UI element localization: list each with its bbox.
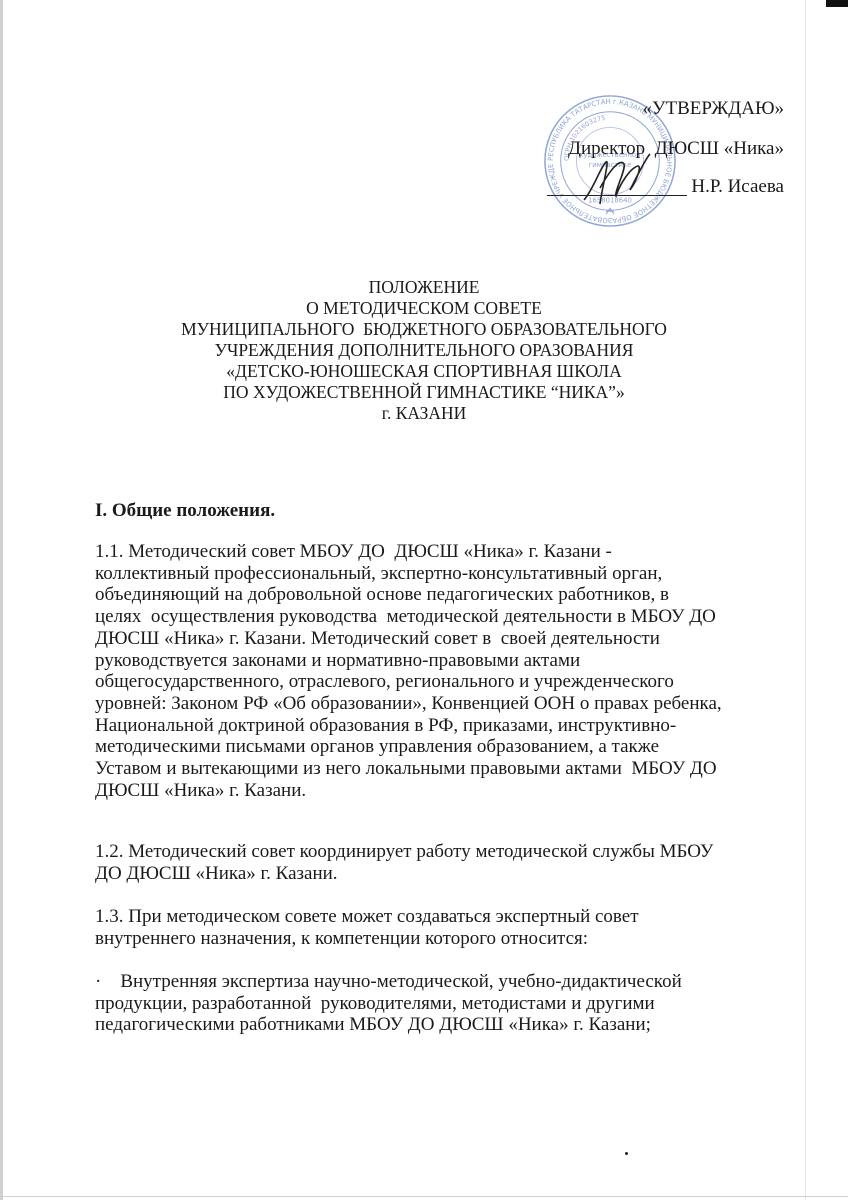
title-line: «ДЕТСКО-ЮНОШЕСКАЯ СПОРТИВНАЯ ШКОЛА (0, 361, 848, 382)
text-line: внутреннего назначения, к компетенции ко… (95, 928, 639, 950)
text-line: коллективный профессиональный, экспертно… (95, 563, 722, 585)
scan-edge-bottom (0, 1196, 848, 1197)
paragraph-1-1: 1.1. Методический совет МБОУ ДО ДЮСШ «Ни… (95, 541, 722, 801)
text-line: продукции, разработанной руководителями,… (95, 993, 682, 1015)
text-line: методическими письмами органов управлени… (95, 736, 722, 758)
signature-line (547, 177, 687, 196)
text-line: руководствуется законами и нормативно-пр… (95, 650, 722, 672)
scan-edge-left (0, 0, 3, 1200)
text-line: Национальной доктриной образования в РФ,… (95, 715, 722, 737)
title-line: ПО ХУДОЖЕСТВЕННОЙ ГИМНАСТИКЕ “НИКА”» (0, 382, 848, 403)
text-line: общегосударственного, отраслевого, регио… (95, 671, 722, 693)
scan-fold-line (805, 0, 806, 1200)
approval-label: «УТВЕРЖДАЮ» (547, 86, 784, 118)
section-heading: I. Общие положения. (95, 500, 275, 522)
approval-block: «УТВЕРЖДАЮ» Директор ДЮСШ «Ника» Н.Р. Ис… (547, 86, 784, 196)
approval-signatory: Н.Р. Исаева (691, 177, 784, 196)
paragraph-1-3: 1.3. При методическом совете может созда… (95, 906, 639, 949)
bullet-item: · Внутренняя экспертиза научно-методичес… (95, 971, 682, 1036)
title-line: О МЕТОДИЧЕСКОМ СОВЕТЕ (0, 298, 848, 319)
title-line: МУНИЦИПАЛЬНОГО БЮДЖЕТНОГО ОБРАЗОВАТЕЛЬНО… (0, 319, 848, 340)
text-line: ДЮСШ «Ника» г. Казани. (95, 780, 722, 802)
paragraph-1-2: 1.2. Методический совет координирует раб… (95, 841, 713, 884)
document-title: ПОЛОЖЕНИЕ О МЕТОДИЧЕСКОМ СОВЕТЕ МУНИЦИПА… (0, 277, 848, 424)
approval-signatory-row: Н.Р. Исаева (547, 158, 784, 196)
scan-speck (625, 1152, 628, 1155)
text-line: 1.3. При методическом совете может созда… (95, 906, 639, 928)
scan-corner-mark (826, 0, 848, 7)
text-line: педагогическими работниками МБОУ ДО ДЮСШ… (95, 1014, 682, 1036)
text-line: целях осуществления руководства методиче… (95, 606, 722, 628)
text-line: ДО ДЮСШ «Ника» г. Казани. (95, 863, 713, 885)
text-line: ДЮСШ «Ника» г. Казани. Методический сове… (95, 628, 722, 650)
text-line: объединяющий на добровольной основе педа… (95, 584, 722, 606)
title-line: УЧРЕЖДЕНИЯ ДОПОЛНИТЕЛЬНОГО ОРАЗОВАНИЯ (0, 340, 848, 361)
text-line: уровней: Законом РФ «Об образовании», Ко… (95, 693, 722, 715)
text-line: · Внутренняя экспертиза научно-методичес… (95, 971, 682, 993)
title-line: г. КАЗАНИ (0, 403, 848, 424)
title-line: ПОЛОЖЕНИЕ (0, 277, 848, 298)
text-line: 1.1. Методический совет МБОУ ДО ДЮСШ «Ни… (95, 541, 722, 563)
text-line: Уставом и вытекающими из него локальными… (95, 758, 722, 780)
approval-position: Директор ДЮСШ «Ника» (547, 118, 784, 158)
text-line: 1.2. Методический совет координирует раб… (95, 841, 713, 863)
